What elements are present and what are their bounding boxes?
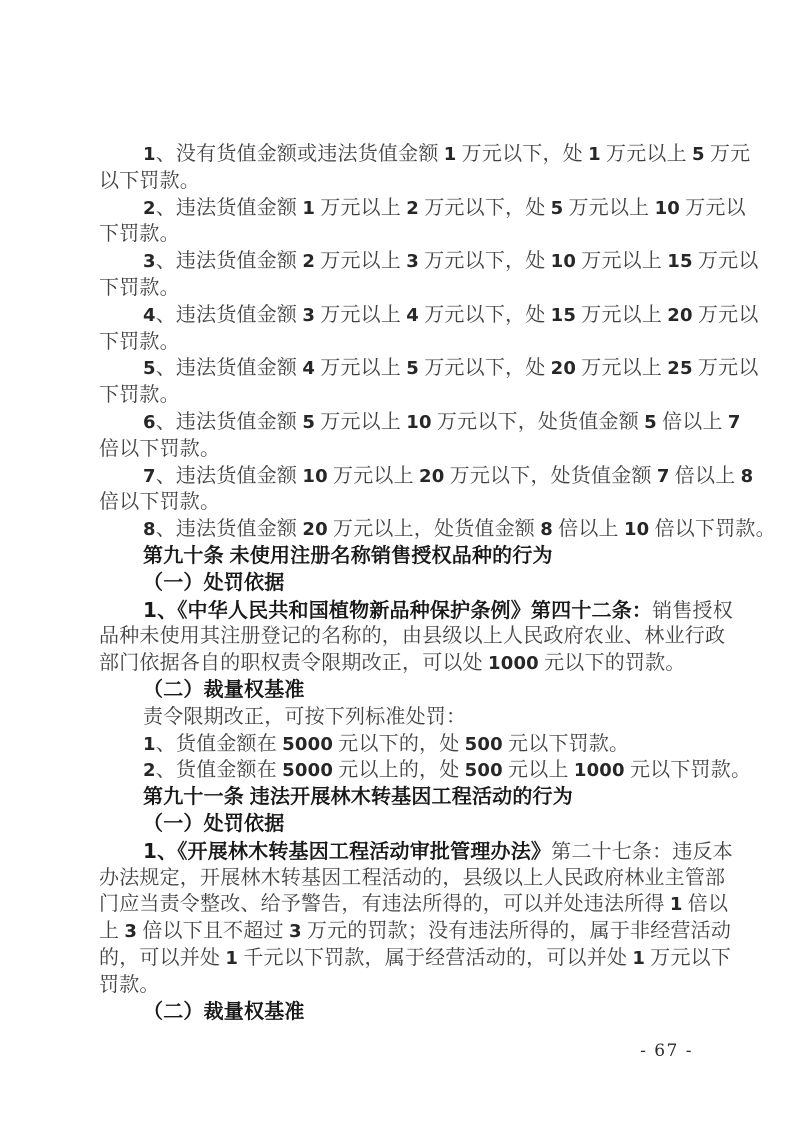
text-segment-bold: （一）处罚依据 <box>143 813 284 835</box>
numeral: 3 <box>143 251 156 272</box>
numeral: 8 <box>143 519 156 540</box>
numeral: 1000 <box>574 760 625 781</box>
text-segment-bold: （一）处罚依据 <box>143 572 284 594</box>
text-segment: 1、货值金额在 5000 元以下的，处 500 元以下罚款。 <box>143 733 629 755</box>
numeral: 20 <box>302 519 327 540</box>
numeral: 15 <box>667 251 692 272</box>
numeral: 1 <box>143 598 157 622</box>
text-line: 第九十条 未使用注册名称销售授权品种的行为 <box>99 543 739 570</box>
text-segment: 责令限期改正，可按下列标准处罚： <box>143 706 466 728</box>
numeral: 6 <box>143 412 156 433</box>
text-line: 部门依据各自的职权责令限期改正，可以处 1000 元以下的罚款。 <box>99 650 739 677</box>
numeral: 3 <box>289 921 302 942</box>
text-line: 办法规定，开展林木转基因工程活动的，县级以上人民政府林业主管部 <box>99 865 739 892</box>
text-segment: 2、货值金额在 5000 元以上的，处 500 元以上 1000 元以下罚款。 <box>143 759 751 781</box>
text-line: 2、货值金额在 5000 元以上的，处 500 元以上 1000 元以下罚款。 <box>99 757 739 784</box>
numeral: 10 <box>406 412 431 433</box>
text-line: 1、《开展林木转基因工程活动审批管理办法》第二十七条：违反本 <box>99 838 739 865</box>
text-line: 1、货值金额在 5000 元以下的，处 500 元以下罚款。 <box>99 731 739 758</box>
numeral: 10 <box>551 251 576 272</box>
text-segment-bold: 第九十条 未使用注册名称销售授权品种的行为 <box>143 545 553 567</box>
text-segment: 办法规定，开展林木转基因工程活动的，县级以上人民政府林业主管部 <box>99 867 725 889</box>
text-segment: 6、违法货值金额 5 万元以上 10 万元以下，处货值金额 5 倍以上 7 <box>143 411 741 433</box>
numeral: 4 <box>143 305 156 326</box>
text-segment-bold: 第九十一条 违法开展林木转基因工程活动的行为 <box>143 786 573 808</box>
text-line: 7、违法货值金额 10 万元以上 20 万元以下，处货值金额 7 倍以上 8 <box>99 463 739 490</box>
text-segment-bold: 1、《开展林木转基因工程活动审批管理办法》 <box>143 841 551 863</box>
numeral: 7 <box>728 412 741 433</box>
numeral: 10 <box>655 198 680 219</box>
text-line: 下罚款。 <box>99 221 739 248</box>
text-line: 以下罚款。 <box>99 168 739 195</box>
numeral: 3 <box>302 305 315 326</box>
numeral: 10 <box>302 466 327 487</box>
numeral: 500 <box>465 760 503 781</box>
numeral: 4 <box>302 358 315 379</box>
numeral: 1000 <box>488 653 539 674</box>
numeral: 1 <box>143 839 157 863</box>
text-line: （一）处罚依据 <box>99 570 739 597</box>
text-line: 的，可以并处 1 千元以下罚款，属于经营活动的，可以并处 1 万元以下 <box>99 945 739 972</box>
text-segment-bold: 1、《中华人民共和国植物新品种保护条例》第四十二条： <box>143 600 652 622</box>
text-line: 8、违法货值金额 20 万元以上，处货值金额 8 倍以上 10 倍以下罚款。 <box>99 516 739 543</box>
text-line: 5、违法货值金额 4 万元以上 5 万元以下，处 20 万元以上 25 万元以 <box>99 355 739 382</box>
document-page: 1、没有货值金额或违法货值金额 1 万元以下，处 1 万元以上 5 万元以下罚款… <box>0 0 793 1122</box>
text-segment: 部门依据各自的职权责令限期改正，可以处 1000 元以下的罚款。 <box>99 652 686 674</box>
text-segment: 5、违法货值金额 4 万元以上 5 万元以下，处 20 万元以上 25 万元以 <box>143 357 759 379</box>
text-segment: 以下罚款。 <box>99 170 200 192</box>
text-segment: 门应当责令整改、给予警告，有违法所得的，可以并处违法所得 1 倍以 <box>99 893 728 915</box>
text-line: 6、违法货值金额 5 万元以上 10 万元以下，处货值金额 5 倍以上 7 <box>99 409 739 436</box>
text-segment: 下罚款。 <box>99 331 180 353</box>
numeral: 3 <box>406 251 419 272</box>
document-body: 1、没有货值金额或违法货值金额 1 万元以下，处 1 万元以上 5 万元以下罚款… <box>99 141 739 1025</box>
numeral: 500 <box>465 734 503 755</box>
numeral: 5000 <box>282 734 333 755</box>
text-segment: 下罚款。 <box>99 223 180 245</box>
numeral: 20 <box>667 305 692 326</box>
text-segment: 3、违法货值金额 2 万元以上 3 万元以下，处 10 万元以上 15 万元以 <box>143 250 759 272</box>
text-segment: 1、没有货值金额或违法货值金额 1 万元以下，处 1 万元以上 5 万元 <box>143 143 750 165</box>
text-line: 下罚款。 <box>99 382 739 409</box>
numeral: 5 <box>551 198 564 219</box>
numeral: 2 <box>406 198 419 219</box>
text-segment-bold: （二）裁量权基准 <box>143 1001 305 1023</box>
text-segment: 第二十七条：违反本 <box>551 841 733 863</box>
text-line: 品种未使用其注册登记的名称的，由县级以上人民政府农业、林业行政 <box>99 623 739 650</box>
text-line: 1、《中华人民共和国植物新品种保护条例》第四十二条：销售授权 <box>99 597 739 624</box>
numeral: 1 <box>143 734 156 755</box>
numeral: 4 <box>406 305 419 326</box>
text-line: 第九十一条 违法开展林木转基因工程活动的行为 <box>99 784 739 811</box>
text-segment: 2、违法货值金额 1 万元以上 2 万元以下，处 5 万元以上 10 万元以 <box>143 197 746 219</box>
text-segment: 上 3 倍以下且不超过 3 万元的罚款；没有违法所得的，属于非经营活动 <box>99 920 731 942</box>
text-segment: 销售授权 <box>652 600 733 622</box>
text-line: 2、违法货值金额 1 万元以上 2 万元以下，处 5 万元以上 10 万元以 <box>99 195 739 222</box>
numeral: 20 <box>551 358 576 379</box>
text-segment: 7、违法货值金额 10 万元以上 20 万元以下，处货值金额 7 倍以上 8 <box>143 465 753 487</box>
text-segment: 8、违法货值金额 20 万元以上，处货值金额 8 倍以上 10 倍以下罚款。 <box>143 518 776 540</box>
numeral: 5 <box>406 358 419 379</box>
numeral: 8 <box>741 466 754 487</box>
page-number: - 67 - <box>640 1041 693 1061</box>
numeral: 1 <box>225 948 238 969</box>
text-line: 1、没有货值金额或违法货值金额 1 万元以下，处 1 万元以上 5 万元 <box>99 141 739 168</box>
text-line: 门应当责令整改、给予警告，有违法所得的，可以并处违法所得 1 倍以 <box>99 891 739 918</box>
numeral: 1 <box>632 948 645 969</box>
text-line: （二）裁量权基准 <box>99 999 739 1026</box>
text-line: 倍以下罚款。 <box>99 489 739 516</box>
text-line: 3、违法货值金额 2 万元以上 3 万元以下，处 10 万元以上 15 万元以 <box>99 248 739 275</box>
text-segment: 下罚款。 <box>99 277 180 299</box>
text-segment: 倍以下罚款。 <box>99 438 220 460</box>
text-segment-bold: （二）裁量权基准 <box>143 679 305 701</box>
text-line: 罚款。 <box>99 972 739 999</box>
numeral: 25 <box>667 358 692 379</box>
numeral: 1 <box>302 198 315 219</box>
numeral: 1 <box>143 144 156 165</box>
numeral: 7 <box>143 466 156 487</box>
text-line: 倍以下罚款。 <box>99 436 739 463</box>
numeral: 10 <box>624 519 649 540</box>
numeral: 5 <box>302 412 315 433</box>
text-line: 4、违法货值金额 3 万元以上 4 万元以下，处 15 万元以上 20 万元以 <box>99 302 739 329</box>
numeral: 1 <box>670 894 683 915</box>
numeral: 5 <box>143 358 156 379</box>
text-line: 下罚款。 <box>99 329 739 356</box>
text-line: 上 3 倍以下且不超过 3 万元的罚款；没有违法所得的，属于非经营活动 <box>99 918 739 945</box>
text-segment: 品种未使用其注册登记的名称的，由县级以上人民政府农业、林业行政 <box>99 625 725 647</box>
text-line: 下罚款。 <box>99 275 739 302</box>
numeral: 3 <box>124 921 137 942</box>
numeral: 1 <box>444 144 457 165</box>
text-segment: 的，可以并处 1 千元以下罚款，属于经营活动的，可以并处 1 万元以下 <box>99 947 731 969</box>
numeral: 2 <box>302 251 315 272</box>
numeral: 1 <box>588 144 601 165</box>
numeral: 2 <box>143 198 156 219</box>
numeral: 5 <box>692 144 705 165</box>
text-line: 责令限期改正，可按下列标准处罚： <box>99 704 739 731</box>
numeral: 15 <box>551 305 576 326</box>
text-segment: 罚款。 <box>99 974 160 996</box>
numeral: 20 <box>419 466 444 487</box>
numeral: 5000 <box>282 760 333 781</box>
numeral: 5 <box>644 412 657 433</box>
text-line: （二）裁量权基准 <box>99 677 739 704</box>
numeral: 2 <box>143 760 156 781</box>
text-segment: 4、违法货值金额 3 万元以上 4 万元以下，处 15 万元以上 20 万元以 <box>143 304 759 326</box>
text-segment: 下罚款。 <box>99 384 180 406</box>
numeral: 7 <box>657 466 670 487</box>
numeral: 8 <box>540 519 553 540</box>
text-line: （一）处罚依据 <box>99 811 739 838</box>
text-segment: 倍以下罚款。 <box>99 491 220 513</box>
